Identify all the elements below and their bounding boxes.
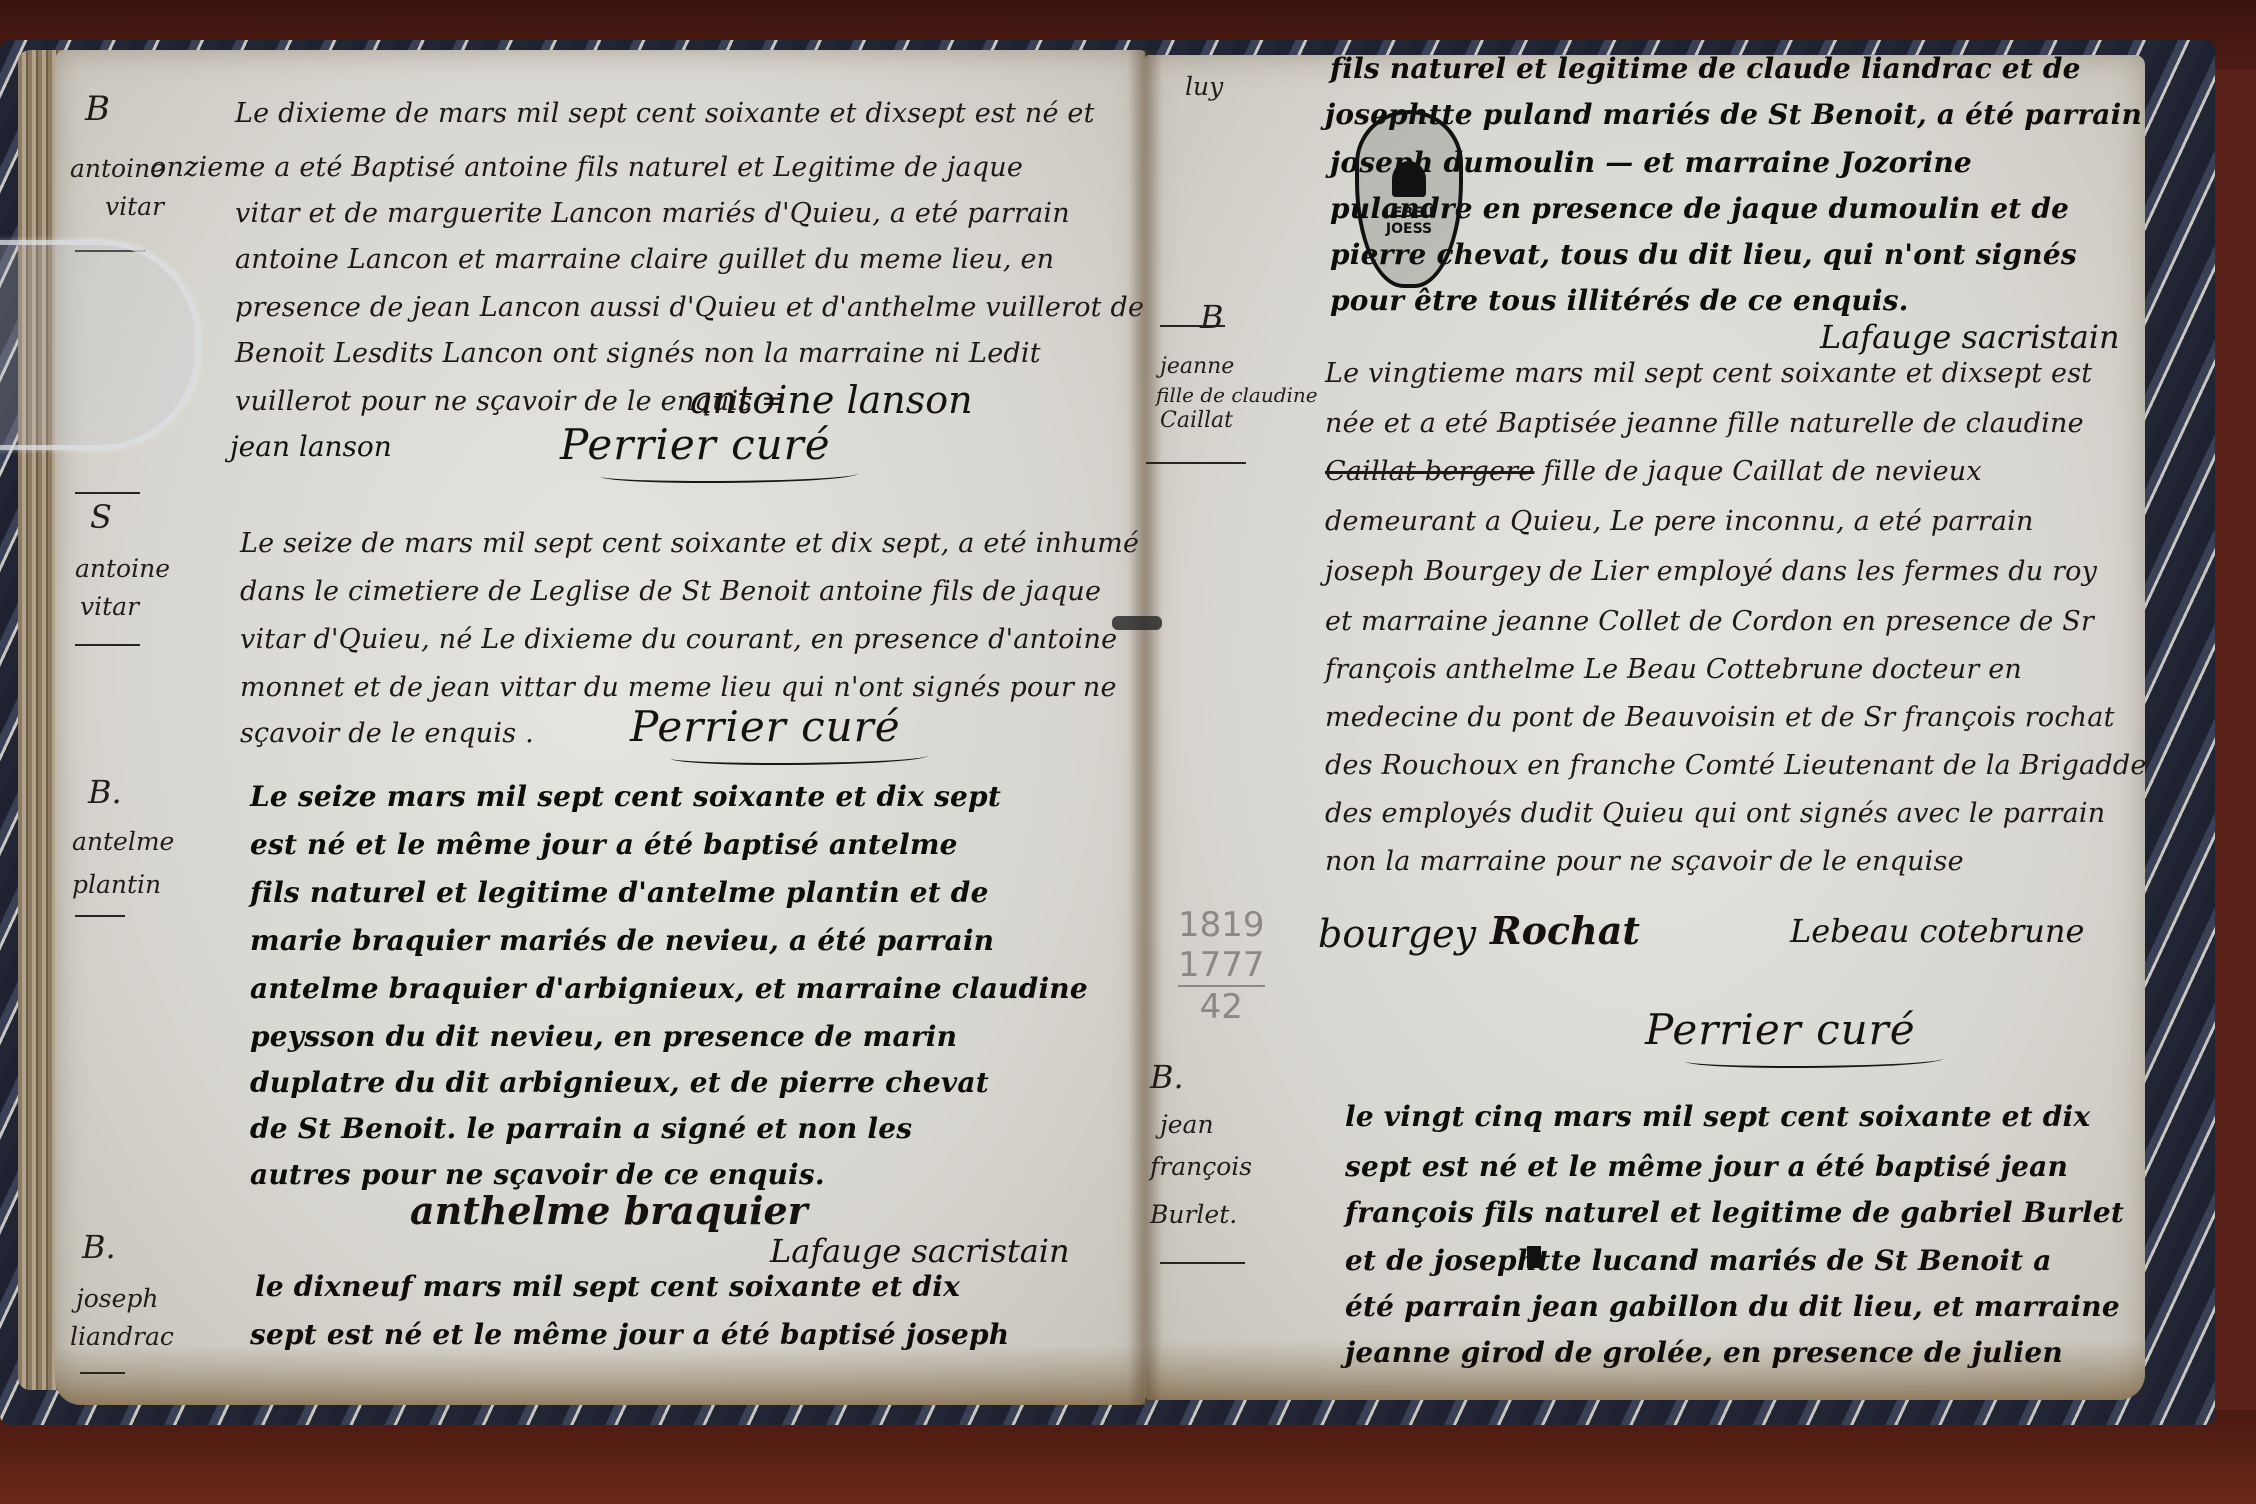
signature: jean lanson — [230, 430, 392, 463]
pencil-line: 1819 — [1178, 905, 1265, 945]
text-line: presence de jean Lancon aussi d'Quieu et… — [235, 292, 1183, 323]
signature: Lebeau cotebrune — [1790, 912, 2084, 950]
margin-mark: B — [1200, 300, 1224, 334]
pencil-annotation: 1819 1777 42 — [1178, 905, 1265, 1027]
text-line: antelme braquier d'arbignieux, et marrai… — [250, 972, 1088, 1005]
signature: antoine lanson — [690, 378, 973, 422]
text-line: le vingt cinq mars mil sept cent soixant… — [1345, 1100, 2090, 1133]
margin-mark: B. — [82, 1230, 116, 1264]
text-line: autres pour ne sçavoir de ce enquis. — [250, 1158, 825, 1191]
margin-mark: B — [85, 92, 110, 126]
text-line: le dixneuf mars mil sept cent soixante e… — [255, 1270, 960, 1303]
text-line: monnet et de jean vittar du meme lieu qu… — [240, 672, 1117, 703]
text-line: et de josephtte lucand mariés de St Beno… — [1345, 1244, 2052, 1277]
text-line: des Rouchoux en franche Comté Lieutenant… — [1325, 750, 2147, 781]
signature: bourgey — [1318, 912, 1476, 956]
curate-signature: Perrier curé — [630, 702, 901, 751]
text-line: sçavoir de le enquis . — [240, 718, 534, 749]
margin-name: Caillat — [1160, 404, 1233, 438]
margin-mark: B. — [88, 775, 122, 809]
stamp-label: LEBEU — [1384, 205, 1434, 221]
margin-rule — [1160, 1262, 1245, 1264]
margin-name: antoine — [75, 552, 170, 586]
text-line: dans le cimetiere de Leglise de St Benoi… — [240, 576, 1101, 607]
text-line: été parrain jean gabillon du dit lieu, e… — [1345, 1290, 2120, 1323]
text-line: fils naturel et legitime d'antelme plant… — [250, 876, 989, 909]
margin-name: vitar — [105, 190, 164, 224]
margin-name: luy — [1185, 70, 1223, 104]
text-line: françois anthelme Le Beau Cottebrune doc… — [1325, 654, 2022, 685]
margin-rule — [80, 1372, 125, 1374]
curate-signature: Perrier curé — [1645, 1005, 1916, 1054]
signature: Lafauge sacristain — [770, 1232, 1070, 1270]
margin-rule — [1146, 462, 1246, 464]
stamp-label: JOESS — [1386, 221, 1432, 237]
text-line: vitar et de marguerite Lancon mariés d'Q… — [235, 198, 1070, 229]
text-line: Le seize de mars mil sept cent soixante … — [240, 528, 1139, 559]
text-line: Le vingtieme mars mil sept cent soixante… — [1325, 358, 2092, 389]
margin-name: plantin — [72, 868, 161, 902]
text-line: sept est né et le même jour a été baptis… — [1345, 1150, 2068, 1183]
text-line: onzieme a eté Baptisé antoine fils natur… — [150, 152, 1023, 183]
struck-text-line: Caillat bergere fille de jaque Caillat d… — [1325, 456, 1982, 487]
text-line: vitar d'Quieu, né Le dixieme du courant,… — [240, 624, 1117, 655]
margin-mark: S — [90, 500, 112, 534]
margin-rule — [75, 644, 140, 646]
margin-name: Burlet. — [1150, 1198, 1237, 1232]
text-line: fils naturel et legitime de claude liand… — [1330, 52, 2081, 85]
text-line: medecine du pont de Beauvoisin et de Sr … — [1325, 702, 2115, 733]
curate-signature: Perrier curé — [560, 420, 831, 469]
signature: anthelme braquier — [410, 1188, 808, 1233]
text-line: est né et le même jour a été baptisé ant… — [250, 828, 958, 861]
margin-name: françois — [1150, 1150, 1252, 1184]
crown-icon — [1392, 161, 1426, 197]
margin-name: vitar — [80, 590, 139, 624]
pencil-line: 42 — [1178, 987, 1265, 1027]
struck-text: Caillat bergere — [1325, 456, 1535, 487]
text-line: jeanne girod de grolée, en presence de j… — [1345, 1336, 2063, 1369]
margin-name: liandrac — [70, 1320, 174, 1354]
text-line: pour être tous illitérés de ce enquis. — [1330, 284, 1909, 317]
text-line: sept est né et le même jour a été baptis… — [250, 1318, 1009, 1351]
signature: Lafauge sacristain — [1820, 318, 2120, 356]
text-line: des employés dudit Quieu qui ont signés … — [1325, 798, 2105, 829]
margin-name: antelme — [72, 825, 174, 859]
magnifying-glass — [0, 240, 200, 450]
margin-mark: B. — [1150, 1060, 1184, 1094]
text-line: et marraine jeanne Collet de Cordon en p… — [1325, 606, 2094, 637]
text-line: joseph Bourgey de Lier employé dans les … — [1325, 556, 2097, 587]
text-line: peysson du dit nevieu, en presence de ma… — [250, 1020, 957, 1053]
margin-name: joseph — [76, 1282, 159, 1316]
text-line: marie braquier mariés de nevieu, a été p… — [250, 924, 994, 957]
text-line: née et a eté Baptisée jeanne fille natur… — [1325, 408, 2084, 439]
text-line: Le dixieme de mars mil sept cent soixant… — [235, 98, 1095, 129]
text-line: de St Benoit. le parrain a signé et non … — [250, 1112, 912, 1145]
text-line: françois fils naturel et legitime de gab… — [1345, 1196, 2124, 1229]
pencil-line: 1777 — [1178, 945, 1265, 987]
text-line: non la marraine pour ne sçavoir de le en… — [1325, 846, 1964, 877]
text-line: antoine Lancon et marraine claire guille… — [235, 244, 1054, 275]
text-line: Le seize mars mil sept cent soixante et … — [250, 780, 1001, 813]
text-line: demeurant a Quieu, Le pere inconnu, a et… — [1325, 506, 2034, 537]
margin-rule — [75, 915, 125, 917]
ink-blot — [1527, 1246, 1541, 1268]
binding-stitch — [1112, 616, 1162, 630]
margin-name: jean — [1160, 1108, 1214, 1142]
margin-rule — [75, 492, 140, 494]
text-line: duplatre du dit arbignieux, et de pierre… — [250, 1066, 989, 1099]
text-line: Benoit Lesdits Lancon ont signés non la … — [235, 338, 1041, 369]
signature: Rochat — [1490, 908, 1640, 953]
